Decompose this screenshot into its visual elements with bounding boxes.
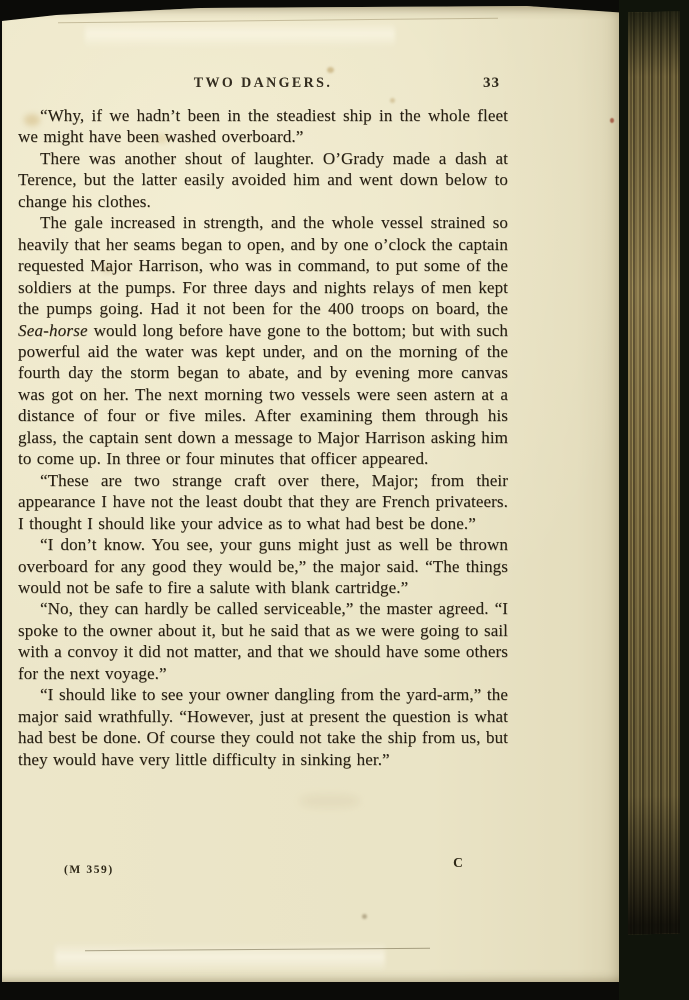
page-text: “Why, if we hadn’t been in the steadiest… <box>18 105 508 770</box>
text-segment: “I should like to see your owner danglin… <box>18 685 508 768</box>
running-head: TWO DANGERS. 33 <box>18 76 508 98</box>
paragraph: “I don’t know. You see, your guns might … <box>18 534 508 598</box>
scan-light-band-top <box>85 22 395 48</box>
text-segment: would long before have gone to the botto… <box>18 321 508 469</box>
paragraph: “No, they can hardly be called serviceab… <box>18 598 508 684</box>
stain-spot <box>390 98 395 103</box>
signature-mark: C <box>448 855 468 871</box>
red-speck <box>610 118 614 123</box>
text-segment: The gale increased in strength, and the … <box>18 213 508 318</box>
book-scan: TWO DANGERS. 33 “Why, if we hadn’t been … <box>0 0 689 1000</box>
paragraph: “I should like to see your owner danglin… <box>18 684 508 770</box>
show-through-smudge <box>300 794 360 808</box>
stain-spot <box>156 134 168 143</box>
text-segment: “I don’t know. You see, your guns might … <box>18 535 508 597</box>
text-segment: There was another shout of laughter. O’G… <box>18 149 508 211</box>
book-fore-edge <box>619 0 689 1000</box>
paragraph: The gale increased in strength, and the … <box>18 212 508 469</box>
text-segment: “These are two strange craft over there,… <box>18 471 508 533</box>
stain-spot <box>102 264 113 273</box>
chapter-header-title: TWO DANGERS. <box>18 76 508 92</box>
paragraph: “These are two strange craft over there,… <box>18 470 508 534</box>
page-number: 33 <box>483 75 500 92</box>
stain-spot <box>327 67 334 73</box>
paragraph: “Why, if we hadn’t been in the steadiest… <box>18 105 508 148</box>
text-segment: “No, they can hardly be called serviceab… <box>18 599 508 682</box>
ship-name-italic: Sea-horse <box>18 321 88 340</box>
paragraph: There was another shout of laughter. O’G… <box>18 148 508 212</box>
book-page: TWO DANGERS. 33 “Why, if we hadn’t been … <box>0 6 627 982</box>
stain-spot <box>24 114 40 126</box>
page-edges-stripes <box>628 12 680 935</box>
text-segment: “Why, if we hadn’t been in the steadiest… <box>18 106 508 146</box>
printer-mark: (M 359) <box>64 864 114 876</box>
scan-light-band-bottom <box>55 942 385 972</box>
stain-spot <box>362 914 367 919</box>
